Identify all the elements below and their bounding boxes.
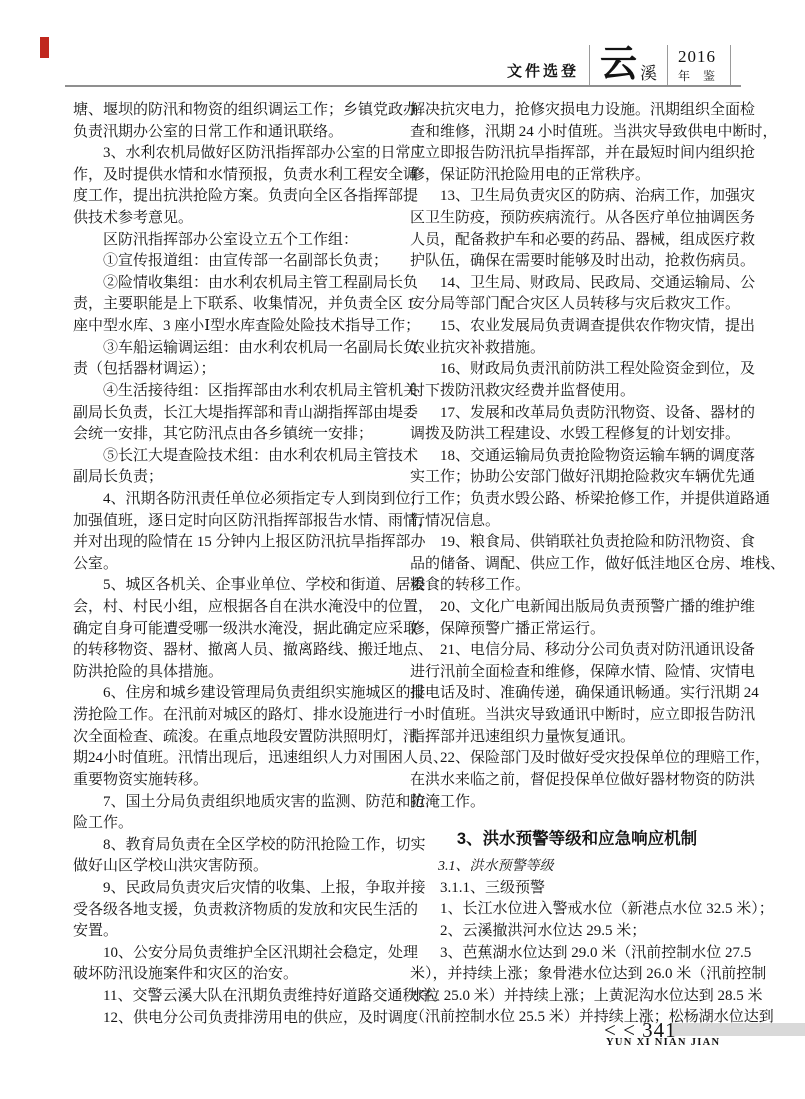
text-line: 副局长负责； <box>73 467 403 489</box>
text-line: 行情况信息。 <box>410 511 744 533</box>
text-line: 品的储备、调配、供应工作，做好低洼地区仓房、堆栈、 <box>410 554 744 576</box>
text-line: 21、电信分局、移动分公司负责对防汛通讯设备 <box>410 640 744 662</box>
header-divider <box>730 45 731 85</box>
header-rule <box>65 85 741 87</box>
text-line: 3.1、洪水预警等级 <box>410 856 744 878</box>
text-line: 调拨及防洪工程建设、水毁工程修复的计划安排。 <box>410 424 744 446</box>
document-page: 文件选登 云 溪 2016 年 鉴 塘、堰坝的防汛和物资的组织调运工作；乡镇党政… <box>0 0 805 1099</box>
text-line: 18、交通运输局负责抢险物资运输车辆的调度落 <box>410 446 744 468</box>
text-line: 6、住房和城乡建设管理局负责组织实施城区的排 <box>73 683 403 705</box>
text-line: 2、云溪撤洪河水位达 29.5 米； <box>410 921 744 943</box>
red-accent-mark <box>40 37 49 58</box>
text-line: 人员，配备救护车和必要的药品、器械，组成医疗救 <box>410 230 744 252</box>
yearbook-brand: 云 溪 <box>600 45 657 85</box>
text-line: 指挥部并迅速组织力量恢复通讯。 <box>410 727 744 749</box>
text-line: 修，保障预警广播正常运行。 <box>410 619 744 641</box>
page-header: 文件选登 云 溪 2016 年 鉴 <box>507 45 741 85</box>
text-line: 水位 25.0 米）并持续上涨；上黄泥沟水位达到 28.5 米 <box>410 986 744 1008</box>
right-column: 解决抗灾电力，抢修灾损电力设施。汛期组织全面检查和维修，汛期 24 小时值班。当… <box>410 100 744 1029</box>
text-line: 做好山区学校山洪灾害防预。 <box>73 856 403 878</box>
text-line: 供技术参考意见。 <box>73 208 403 230</box>
text-line: 加强值班，逐日定时向区防汛指挥部报告水情、雨情， <box>73 511 403 533</box>
text-line: 13、卫生局负责灾区的防病、治病工作，加强灾 <box>410 186 744 208</box>
text-line: 查和维修，汛期 24 小时值班。当洪灾导致供电中断时， <box>410 122 744 144</box>
text-line: 次全面检查、疏浚。在重点地段安置防洪照明灯，汛 <box>73 727 403 749</box>
text-line: 16、财政局负责汛前防洪工程处险资金到位，及 <box>410 359 744 381</box>
text-line: 期24小时值班。汛情出现后，迅速组织人力对围困人员、 <box>73 748 403 770</box>
text-line: 会，村、村民小组，应根据各自在洪水淹没中的位置， <box>73 597 403 619</box>
text-line: 确定自身可能遭受哪一级洪水淹没，据此确定应采取 <box>73 619 403 641</box>
text-line: 3、水利农机局做好区防汛指挥部办公室的日常工 <box>73 143 403 165</box>
text-line: 14、卫生局、财政局、民政局、交通运输局、公 <box>410 273 744 295</box>
header-divider <box>667 45 668 85</box>
text-line: 应立即报告防汛抗旱指挥部，并在最短时间内组织抢 <box>410 143 744 165</box>
text-line: 进行汛前全面检查和维修，保障水情、险情、灾情电 <box>410 662 744 684</box>
text-line: 10、公安分局负责维护全区汛期社会稳定，处理 <box>73 943 403 965</box>
text-line: 护队伍，确保在需要时能够及时出动，抢救伤病员。 <box>410 251 744 273</box>
section-heading: 3、洪水预警等级和应急响应机制 <box>410 827 744 851</box>
text-line: 塘、堰坝的防汛和物资的组织调运工作；乡镇党政办 <box>73 100 403 122</box>
text-line: 责（包括器材调运）； <box>73 359 403 381</box>
header-divider <box>589 45 590 85</box>
romanized-title: YUN XI NIAN JIAN <box>606 1037 720 1048</box>
year-value: 2016 <box>678 47 720 67</box>
text-line: 报电话及时、准确传递，确保通讯畅通。实行汛期 24 <box>410 683 744 705</box>
text-line: 小时值班。当洪灾导致通讯中断时，应立即报告防汛 <box>410 705 744 727</box>
text-line: 的转移物资、器材、撤离人员、撤离路线、搬迁地点、 <box>73 640 403 662</box>
text-line: 副局长负责，长江大堤指挥部和青山湖指挥部由堤委 <box>73 403 403 425</box>
text-line: 区卫生防疫，预防疾病流行。从各医疗单位抽调医务 <box>410 208 744 230</box>
text-line: 8、教育局负责在全区学校的防汛抢险工作，切实 <box>73 835 403 857</box>
text-line: 险工作。 <box>73 813 403 835</box>
text-line: 3、芭蕉湖水位达到 29.0 米（汛前控制水位 27.5 <box>410 943 744 965</box>
text-line: 4、汛期各防汛责任单位必须指定专人到岗到位， <box>73 489 403 511</box>
text-line: 在洪水来临之前，督促投保单位做好器材物资的防洪 <box>410 770 744 792</box>
text-line: 作，及时提供水情和水情预报，负责水利工程安全调 <box>73 165 403 187</box>
text-line: 农业抗灾补救措施。 <box>410 338 744 360</box>
brand-character-small: 溪 <box>640 64 657 83</box>
text-line: 区防汛指挥部办公室设立五个工作组： <box>73 230 403 252</box>
text-line: 实工作；协助公安部门做好汛期抢险救灾车辆优先通 <box>410 467 744 489</box>
text-line: 9、民政局负责灾后灾情的收集、上报，争取并接 <box>73 878 403 900</box>
text-line: 行工作；负责水毁公路、桥梁抢修工作，并提供道路通 <box>410 489 744 511</box>
text-line: 并对出现的险情在 15 分钟内上报区防汛抗旱指挥部办 <box>73 532 403 554</box>
year-label: 年 鉴 <box>678 67 720 84</box>
text-line: ④生活接待组：区指挥部由水利农机局主管机关 <box>73 381 403 403</box>
text-line: 安置。 <box>73 921 403 943</box>
text-line: 米），并持续上涨；象骨港水位达到 26.0 米（汛前控制 <box>410 964 744 986</box>
text-line: 7、国土分局负责组织地质灾害的监测、防范和抢 <box>73 792 403 814</box>
text-line: 11、交警云溪大队在汛期负责维持好道路交通秩序。 <box>73 986 403 1008</box>
text-line: ⑤长江大堤查险技术组：由水利农机局主管技术 <box>73 446 403 468</box>
text-line: 1、长江水位进入警戒水位（新港点水位 32.5 米）； <box>410 899 744 921</box>
text-line: 时下拨防汛救灾经费并监督使用。 <box>410 381 744 403</box>
section-title: 文件选登 <box>507 60 579 85</box>
text-line: ②险情收集组：由水利农机局主管工程副局长负 <box>73 273 403 295</box>
text-line: 公室。 <box>73 554 403 576</box>
text-line: 防淹工作。 <box>410 792 744 814</box>
text-line: 5、城区各机关、企事业单位、学校和街道、居委 <box>73 575 403 597</box>
text-line: 涝抢险工作。在汛前对城区的路灯、排水设施进行一 <box>73 705 403 727</box>
text-line: 座中型水库、3 座小Ⅰ型水库查险处险技术指导工作； <box>73 316 403 338</box>
brand-character-large: 云 <box>600 47 637 83</box>
text-line: 12、供电分公司负责排涝用电的供应，及时调度 <box>73 1008 403 1030</box>
text-line: 3.1.1、三级预警 <box>410 878 744 900</box>
text-line: 会统一安排，其它防汛点由各乡镇统一安排； <box>73 424 403 446</box>
text-line: ①宣传报道组：由宣传部一名副部长负责； <box>73 251 403 273</box>
text-line: 修，保证防汛抢险用电的正常秩序。 <box>410 165 744 187</box>
text-line: 20、文化广电新闻出版局负责预警广播的维护维 <box>410 597 744 619</box>
text-line: ③车船运输调运组：由水利农机局一名副局长负 <box>73 338 403 360</box>
text-line: 解决抗灾电力，抢修灾损电力设施。汛期组织全面检 <box>410 100 744 122</box>
text-line: 受各级各地支援，负责救济物质的发放和灾民生活的 <box>73 900 403 922</box>
text-line: 防洪抢险的具体措施。 <box>73 662 403 684</box>
footer-bar <box>672 1023 805 1036</box>
text-line: 破坏防汛设施案件和灾区的治安。 <box>73 964 403 986</box>
text-line: 19、粮食局、供销联社负责抢险和防汛物资、食 <box>410 532 744 554</box>
text-line: 粮食的转移工作。 <box>410 575 744 597</box>
text-line: 重要物资实施转移。 <box>73 770 403 792</box>
text-line: 责，主要职能是上下联系、收集情况，并负责全区 1 <box>73 294 403 316</box>
left-column: 塘、堰坝的防汛和物资的组织调运工作；乡镇党政办负责汛期办公室的日常工作和通讯联络… <box>73 100 403 1029</box>
text-line: 15、农业发展局负责调查提供农作物灾情，提出 <box>410 316 744 338</box>
text-line: 17、发展和改革局负责防汛物资、设备、器材的 <box>410 403 744 425</box>
text-line: 安分局等部门配合灾区人员转移与灾后救灾工作。 <box>410 294 744 316</box>
text-line: 负责汛期办公室的日常工作和通讯联络。 <box>73 122 403 144</box>
text-line: 22、保险部门及时做好受灾投保单位的理赔工作， <box>410 748 744 770</box>
text-line: 度工作，提出抗洪抢险方案。负责向全区各指挥部提 <box>73 186 403 208</box>
year-box: 2016 年 鉴 <box>678 45 720 85</box>
